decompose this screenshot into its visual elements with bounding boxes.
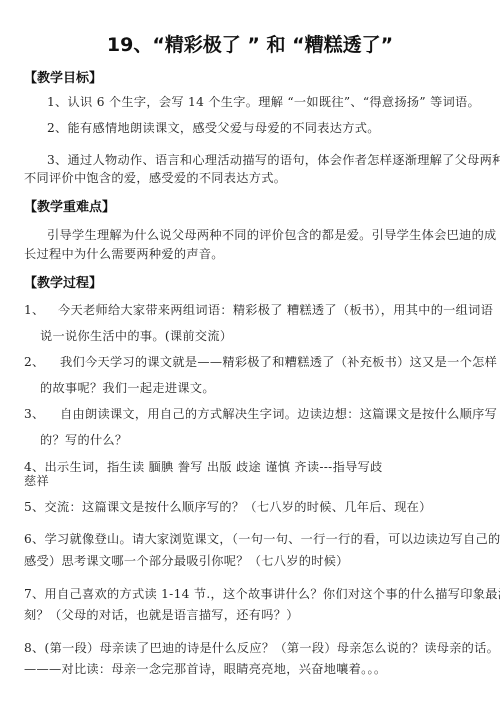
step-7-line-1: 7、用自己喜欢的方式读 1-14 节.，这个故事讲什么？你们对这个事的什么描写印… <box>24 585 500 602</box>
step-2-line-1: 我们今天学习的课文就是——精彩极了和糟糕透了（补充板书）这又是一个怎样 <box>60 353 497 370</box>
step-3-line-2: 的？写的什么？ <box>40 431 127 448</box>
step-1-line-1: 今天老师给大家带来两组词语：精彩极了 糟糕透了（板书），用其中的一组词语 <box>58 301 493 318</box>
goal-item-3-cont: 不同评价中饱含的爱，感受爱的不同表达方式。 <box>24 169 286 186</box>
step-6-line-1: 6、学习就像登山。请大家浏览课文，（一句一句、一行一行的看，可以边读边写自己的 <box>24 530 500 547</box>
step-2-line-2: 的故事呢？我们一起走进课文。 <box>40 379 215 396</box>
step-8-line-2: ———对比读：母亲一念完那首诗，眼睛亮亮地，兴奋地嚷着。。。 <box>24 660 386 677</box>
step-4-line-2: 慈祥 <box>24 472 49 489</box>
goal-item-3: 3、通过人物动作、语言和心理活动描写的语句，体会作者怎样逐渐理解了父母两种 <box>47 151 500 168</box>
step-3-number: 3、 <box>24 405 45 422</box>
step-1-number: 1、 <box>24 301 45 318</box>
step-6-line-2: 感受）思考课文哪一个部分最吸引你呢？（七八岁的时候） <box>24 552 349 569</box>
key-points-line-1: 引导学生理解为什么说父母两种不同的评价包含的都是爱。引导学生体会巴迪的成 <box>47 226 497 243</box>
step-7-line-2: 刻？（父母的对话，也就是语言描写，还有吗？） <box>24 606 299 623</box>
goal-item-2: 2、能有感情地朗读课文，感受父爱与母爱的不同表达方式。 <box>47 119 380 136</box>
step-5: 5、交流：这篇课文是按什么顺序写的？（七八岁的时候、几年后、现在） <box>24 498 432 515</box>
step-3-line-1: 自由朗读课文，用自己的方式解决生字词。边读边想：这篇课文是按什么顺序写 <box>60 405 497 422</box>
step-2-number: 2、 <box>24 353 45 370</box>
step-4-line-1: 4、出示生词，指生读 腼腆 誊写 出版 歧途 谨慎 齐读---指导写歧 <box>24 458 383 475</box>
section-heading-goals: 【教学目标】 <box>24 67 102 86</box>
goal-item-1: 1、认识 6 个生字，会写 14 个生字。理解 “一如既往”、“得意扬扬” 等词… <box>47 93 480 110</box>
step-8-line-1: 8、(第一段）母亲读了巴迪的诗是什么反应？（第一段）母亲怎么说的？读母亲的话。 <box>24 639 499 656</box>
key-points-line-2: 长过程中为什么需要两种爱的声音。 <box>24 245 224 262</box>
section-heading-key-points: 【教学重难点】 <box>24 196 115 215</box>
page-title: 19、“精彩极了 ” 和 “糟糕透了” <box>0 30 500 57</box>
step-1-line-2: 说一说你生活中的事。(课前交流） <box>40 327 232 344</box>
section-heading-process: 【教学过程】 <box>24 272 102 291</box>
